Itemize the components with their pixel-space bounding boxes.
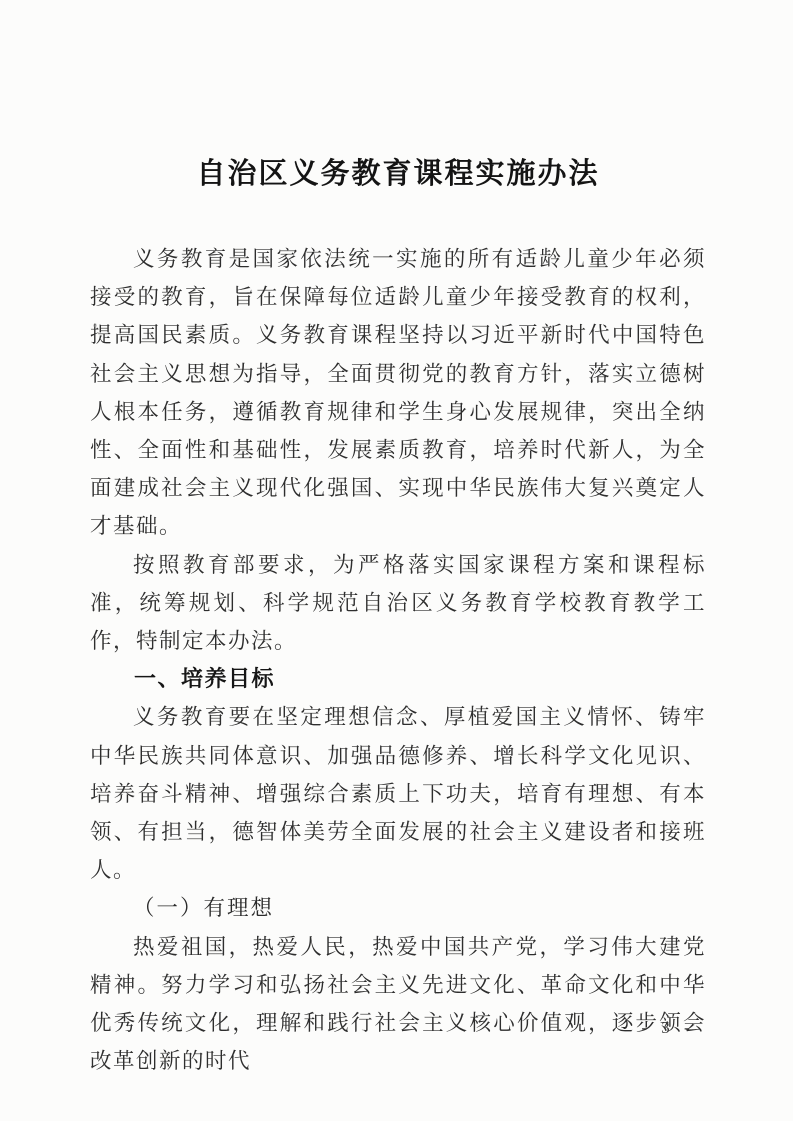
paragraph-intro: 义务教育是国家依法统一实施的所有适龄儿童少年必须接受的教育，旨在保障每位适龄儿童…: [90, 240, 706, 546]
scan-artifact-dot: [93, 324, 97, 327]
document-content: 自治区义务教育课程实施办法 义务教育是国家依法统一实施的所有适龄儿童少年必须接受…: [90, 150, 706, 1080]
paragraph-ideals: 热爱祖国，热爱人民，热爱中国共产党，学习伟大建党精神。努力学习和弘扬社会主义先进…: [90, 928, 706, 1081]
subsection-1-heading: （一）有理想: [90, 889, 706, 927]
page-number: - 3 -: [628, 1018, 708, 1038]
document-page: 自治区义务教育课程实施办法 义务教育是国家依法统一实施的所有适龄儿童少年必须接受…: [0, 0, 793, 1121]
document-title: 自治区义务教育课程实施办法: [90, 150, 706, 198]
section-1-heading: 一、培养目标: [90, 660, 706, 698]
paragraph-goals: 义务教育要在坚定理想信念、厚植爱国主义情怀、铸牢中华民族共同体意识、加强品德修养…: [90, 698, 706, 889]
paragraph-purpose: 按照教育部要求，为严格落实国家课程方案和课程标准，统筹规划、科学规范自治区义务教…: [90, 546, 706, 661]
